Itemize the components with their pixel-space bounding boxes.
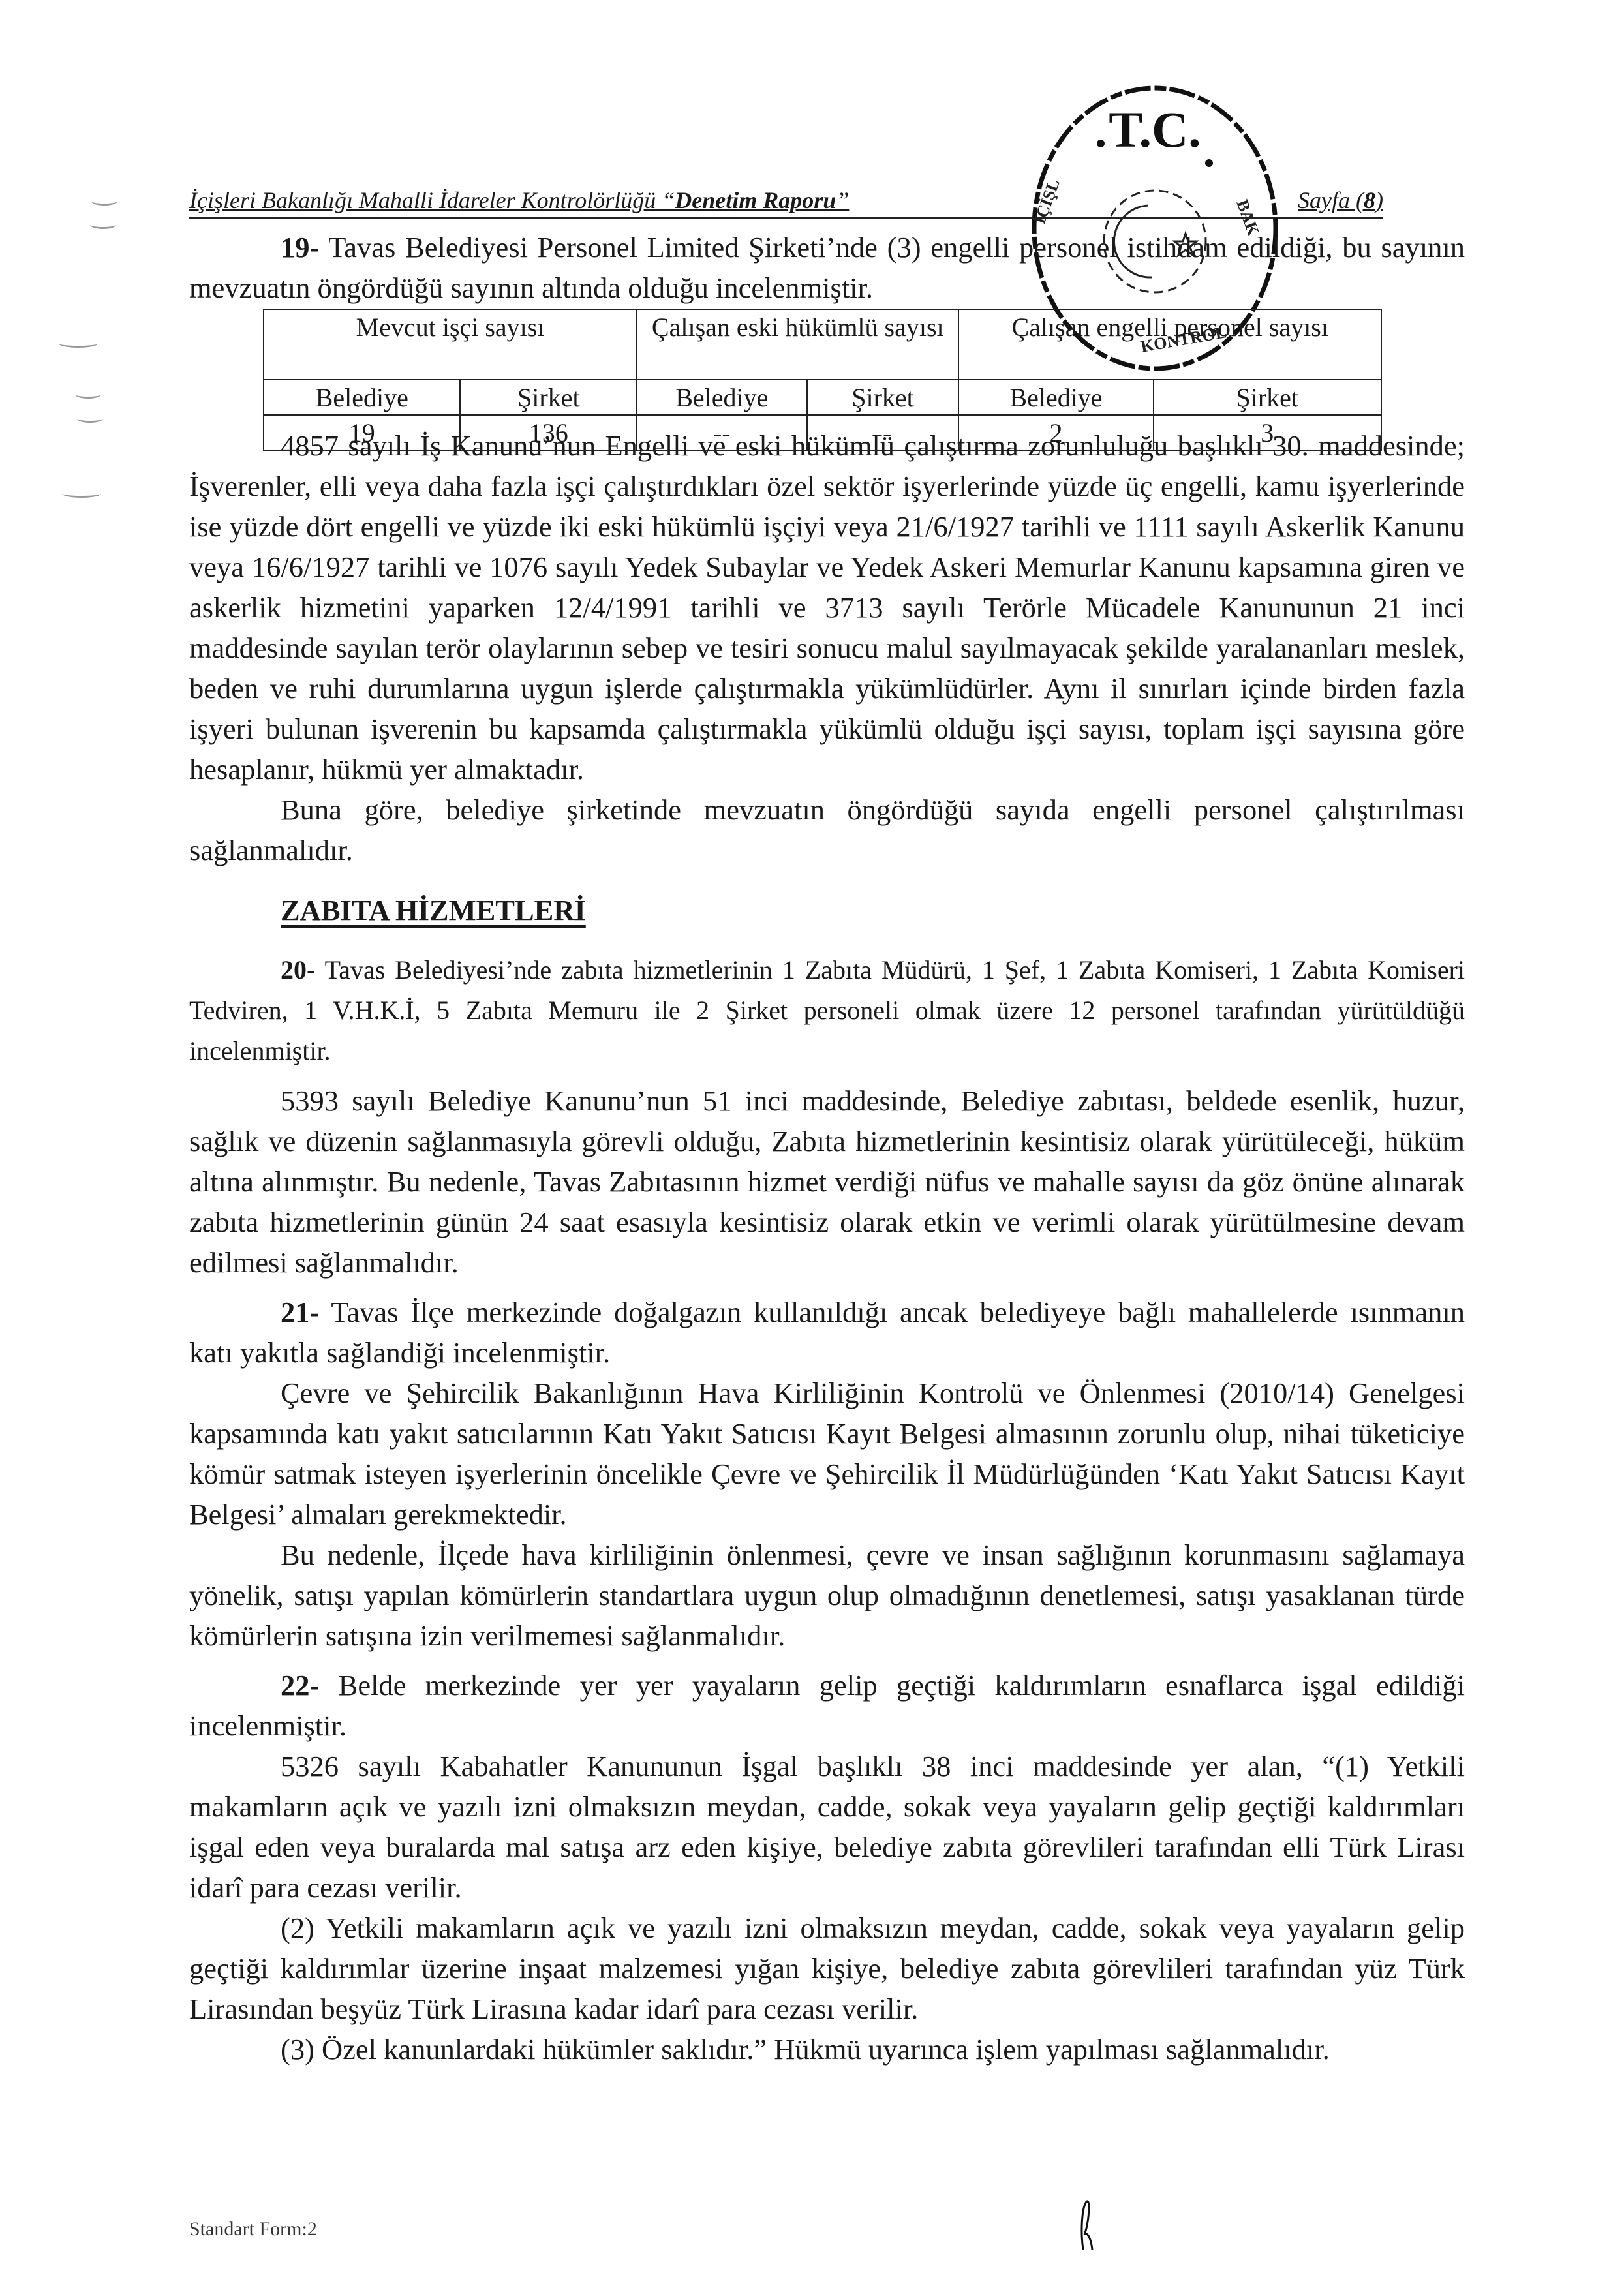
paragraph-air-pollution: Bu nedenle, İlçede hava kirliliğinin önl… bbox=[189, 1534, 1465, 1656]
subheader-cell: Şirket bbox=[460, 380, 637, 415]
subheader-cell: Şirket bbox=[807, 380, 959, 415]
scan-artifact bbox=[62, 489, 101, 498]
document-body: 19- Tavas Belediyesi Personel Limited Şi… bbox=[189, 227, 1465, 2069]
section-heading: ZABITA HİZMETLERİ bbox=[189, 890, 1465, 930]
subheader-cell: Belediye bbox=[264, 380, 460, 415]
table-header-row: Mevcut işçi sayısı Çalışan eski hükümlü … bbox=[264, 309, 1381, 380]
value-cell: 2 bbox=[958, 415, 1153, 450]
running-header: İçişleri Bakanlığı Mahalli İdareler Kont… bbox=[189, 184, 1383, 219]
value-cell: 19 bbox=[264, 415, 460, 450]
paragraph-5326-law: 5326 sayılı Kabahatler Kanununun İşgal b… bbox=[189, 1746, 1465, 1908]
scan-artifact bbox=[75, 390, 101, 399]
header-ex-convicts: Çalışan eski hükümlü sayısı bbox=[637, 309, 958, 380]
document-page: İçişleri Bakanlığı Mahalli İdareler Kont… bbox=[0, 0, 1624, 2290]
scan-artifact bbox=[90, 221, 116, 229]
table-row: 19 136 -- -- 2 3 bbox=[264, 415, 1381, 450]
subheader-cell: Belediye bbox=[637, 380, 806, 415]
paragraph-conclusion-disabled: Buna göre, belediye şirketinde mevzuatın… bbox=[189, 789, 1465, 870]
subheader-cell: Şirket bbox=[1154, 380, 1382, 415]
paragraph-clause-3: (3) Özel kanunlardaki hükümler saklıdır.… bbox=[189, 2029, 1465, 2069]
scan-artifact bbox=[59, 339, 98, 348]
value-cell: 3 bbox=[1154, 415, 1382, 450]
personnel-table: Mevcut işçi sayısı Çalışan eski hükümlü … bbox=[263, 309, 1382, 451]
report-title: İçişleri Bakanlığı Mahalli İdareler Kont… bbox=[189, 187, 849, 214]
paragraph-item-19: 19- Tavas Belediyesi Personel Limited Şi… bbox=[189, 227, 1465, 308]
header-disabled-staff: Çalışan engelli personel sayısı bbox=[958, 309, 1381, 380]
signature-icon bbox=[1078, 2199, 1097, 2251]
scan-artifact bbox=[77, 414, 103, 423]
paragraph-item-20: 20- Tavas Belediyesi’nde zabıta hizmetle… bbox=[189, 950, 1465, 1071]
subheader-cell: Belediye bbox=[958, 380, 1153, 415]
paragraph-item-22: 22- Belde merkezinde yer yer yayaların g… bbox=[189, 1665, 1465, 1746]
scan-artifact bbox=[91, 197, 117, 206]
paragraph-clause-2: (2) Yetkili makamların açık ve yazılı iz… bbox=[189, 1908, 1465, 2029]
page-number: Sayfa (8) bbox=[1298, 187, 1383, 214]
value-cell: 136 bbox=[460, 415, 637, 450]
paragraph-5393-law: 5393 sayılı Belediye Kanunu’nun 51 inci … bbox=[189, 1080, 1465, 1283]
paragraph-item-21: 21- Tavas İlçe merkezinde doğalgazın kul… bbox=[189, 1292, 1465, 1373]
paragraph-4857-law: 4857 sayılı İş Kanunu’nun Engelli ve esk… bbox=[189, 425, 1465, 789]
table-subheader-row: Belediye Şirket Belediye Şirket Belediye… bbox=[264, 380, 1381, 415]
svg-text:T.C.: T.C. bbox=[1109, 101, 1201, 158]
value-cell: -- bbox=[807, 415, 959, 450]
form-label: Standart Form:2 bbox=[189, 2218, 317, 2240]
paragraph-environment-circular: Çevre ve Şehircilik Bakanlığının Hava Ki… bbox=[189, 1373, 1465, 1534]
value-cell: -- bbox=[637, 415, 806, 450]
header-current-workers: Mevcut işçi sayısı bbox=[264, 309, 637, 380]
